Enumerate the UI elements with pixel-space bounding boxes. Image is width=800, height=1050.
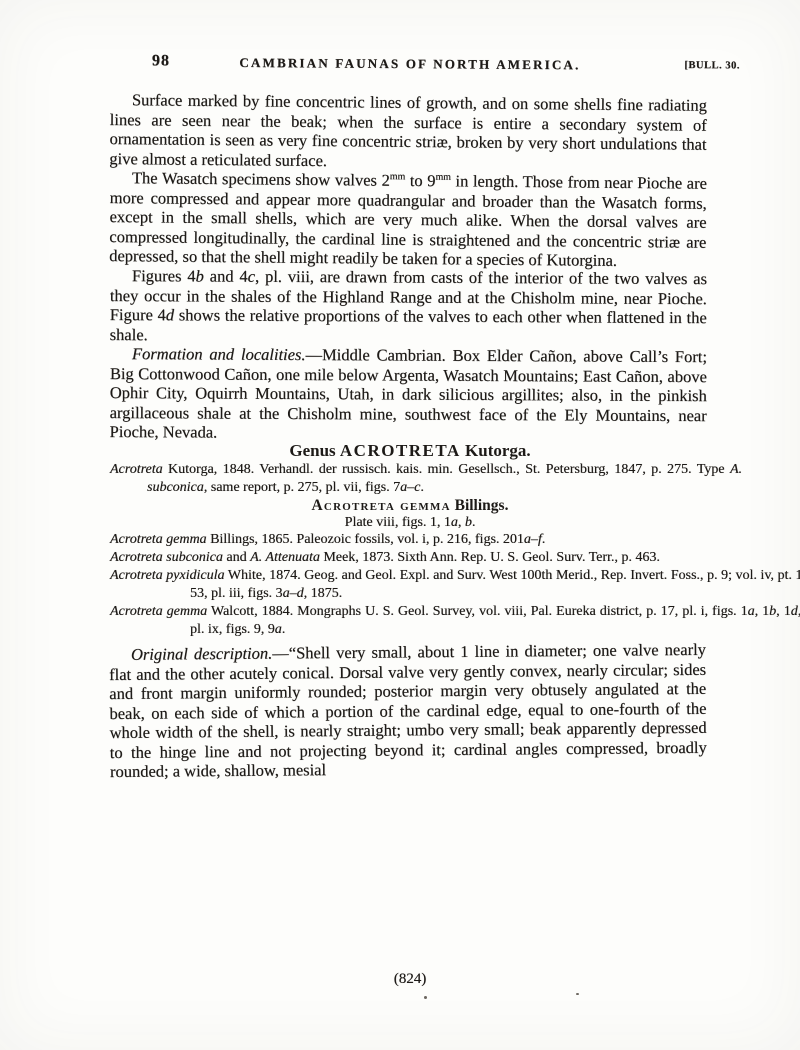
scan-speck	[576, 993, 579, 995]
species-heading: Acrotreta gemma Billings.	[110, 497, 710, 515]
page-footer: (824)	[110, 971, 710, 988]
reference-pyxidicula-white: Acrotreta pyxidicula White, 1874. Geog. …	[110, 567, 800, 603]
scan-speck	[424, 996, 427, 999]
reference-acrotreta-kutorga: Acrotreta Kutorga, 1848. Verhandl. der r…	[110, 461, 742, 497]
paragraph-formation-localities: Formation and localities.—Middle Cambria…	[109, 344, 707, 445]
paragraph-original-description: Original description.—“Shell very small,…	[109, 640, 707, 782]
paragraph-figures: Figures 4b and 4c, pl. viii, are drawn f…	[110, 266, 707, 347]
paragraph-surface-ornamentation: Surface marked by fine concentric lines …	[109, 90, 707, 174]
page-number: 98	[152, 52, 170, 70]
plate-line: Plate viii, figs. 1, 1a, b.	[110, 515, 710, 531]
signature-number: (824)	[394, 971, 427, 987]
running-header: 98 CAMBRIAN FAUNAS OF NORTH AMERICA. [BU…	[110, 52, 740, 76]
reference-subconica-meek: Acrotreta subconica and A. Attenuata Mee…	[110, 549, 800, 567]
bulletin-number: [BULL. 30.	[684, 60, 740, 71]
reference-gemma-walcott: Acrotreta gemma Walcott, 1884. Mongraphs…	[110, 603, 800, 639]
paragraph-wasatch-specimens: The Wasatch specimens show valves 2mm to…	[109, 168, 707, 271]
running-title: CAMBRIAN FAUNAS OF NORTH AMERICA.	[239, 55, 580, 73]
scanned-book-page: 98 CAMBRIAN FAUNAS OF NORTH AMERICA. [BU…	[0, 0, 800, 1050]
page-body: Surface marked by fine concentric lines …	[110, 90, 740, 782]
reference-gemma-billings: Acrotreta gemma Billings, 1865. Paleozoi…	[110, 531, 800, 549]
